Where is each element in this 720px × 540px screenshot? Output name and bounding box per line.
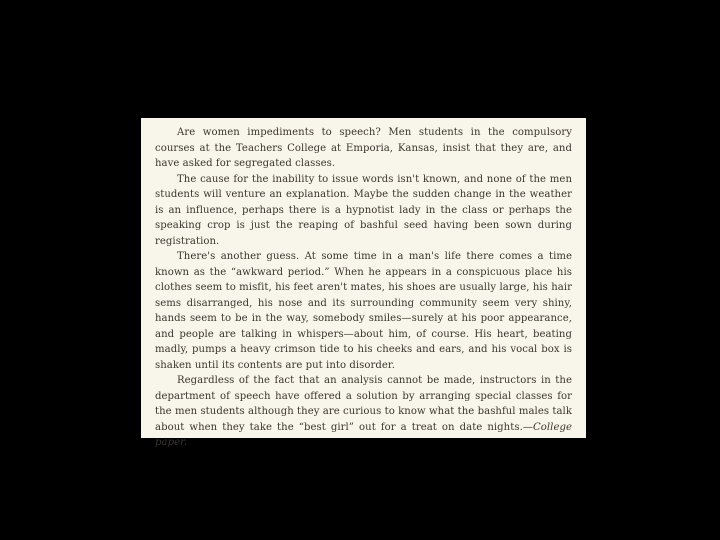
paragraph-4: Regardless of the fact that an analysis …	[155, 373, 572, 451]
paragraph-4-text: Regardless of the fact that an analysis …	[155, 375, 572, 433]
clipping-page: Are women impediments to speech? Men stu…	[141, 118, 586, 438]
paragraph-1: Are women impediments to speech? Men stu…	[155, 125, 572, 172]
paragraph-3: There's another guess. At some time in a…	[155, 249, 572, 373]
paragraph-2: The cause for the inability to issue wor…	[155, 172, 572, 250]
